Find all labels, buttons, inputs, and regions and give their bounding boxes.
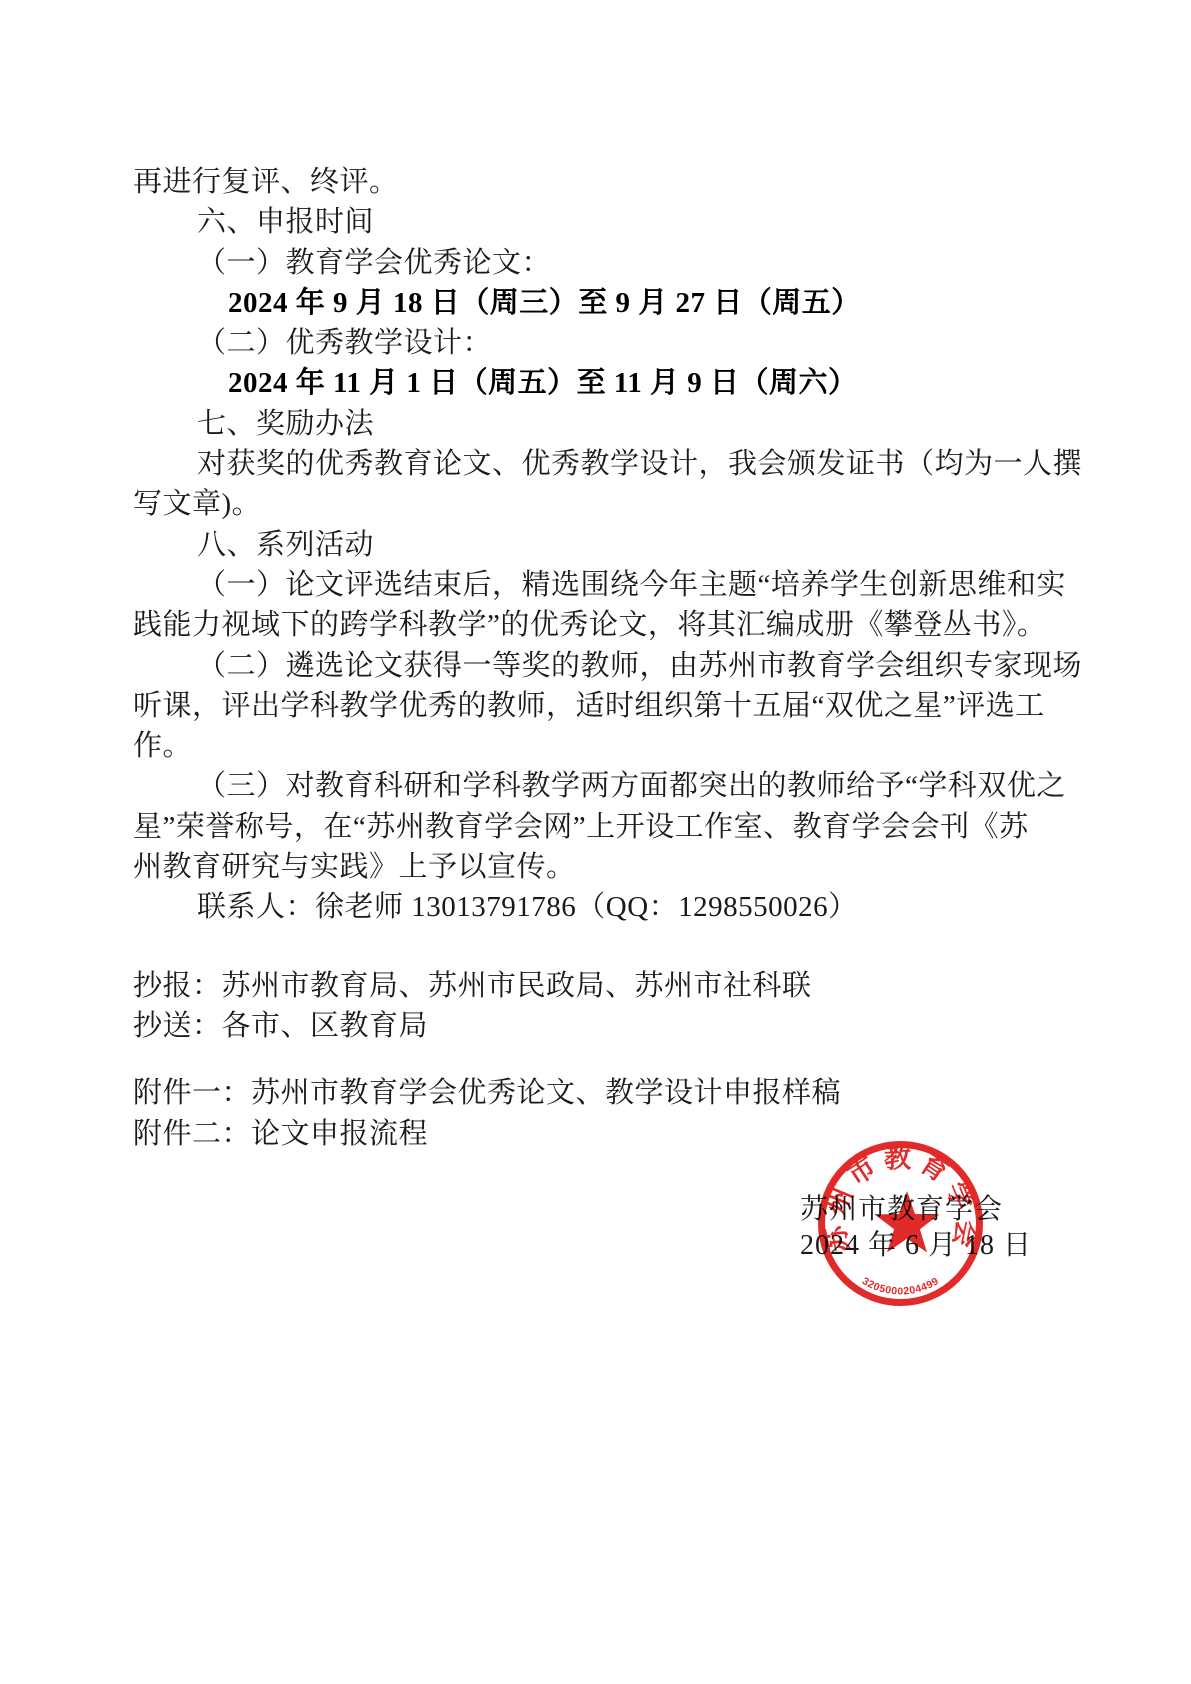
text-line: 作。 (133, 726, 1063, 766)
text-line: （三）对教育科研和学科教学两方面都突出的教师给予“学科双优之 (133, 766, 1063, 806)
text-line: 写文章)。 (133, 484, 1063, 524)
text-line: 七、奖励办法 (133, 404, 1063, 444)
star-icon (875, 1191, 940, 1253)
text-line: （一）教育学会优秀论文： (133, 243, 1063, 283)
text-line: 抄送：各市、区教育局 (133, 1006, 1063, 1046)
text-line: 对获奖的优秀教育论文、优秀教学设计，我会颁发证书（均为一人撰 (133, 444, 1063, 484)
text-line: 星”荣誉称号，在“苏州教育学会网”上开设工作室、教育学会会刊《苏 (133, 807, 1063, 847)
text-line: 联系人：徐老师 13013791786（QQ：1298550026） (133, 887, 1063, 927)
document-page: 再进行复评、终评。六、申报时间（一）教育学会优秀论文：2024 年 9 月 18… (0, 0, 1191, 1684)
text-line: 践能力视域下的跨学科教学”的优秀论文，将其汇编成册《攀登丛书》。 (133, 605, 1063, 645)
blank-line (133, 928, 1063, 966)
text-line: （一）论文评选结束后，精选围绕今年主题“培养学生创新思维和实 (133, 565, 1063, 605)
text-line: 再进行复评、终评。 (133, 162, 1063, 202)
text-line: 六、申报时间 (133, 202, 1063, 242)
official-seal: 苏州市教育学会 3205000204499 (810, 1133, 991, 1314)
text-line: 听课，评出学科教学优秀的教师，适时组织第十五届“双优之星”评选工 (133, 686, 1063, 726)
text-line: 抄报：苏州市教育局、苏州市民政局、苏州市社科联 (133, 966, 1063, 1006)
blank-line (133, 1046, 1063, 1073)
text-line: 八、系列活动 (133, 525, 1063, 565)
document-body: 再进行复评、终评。六、申报时间（一）教育学会优秀论文：2024 年 9 月 18… (133, 162, 1063, 1154)
text-line: （二）优秀教学设计： (133, 323, 1063, 363)
text-line: 州教育研究与实践》上予以宣传。 (133, 847, 1063, 887)
text-line: （二）遴选论文获得一等奖的教师，由苏州市教育学会组织专家现场 (133, 646, 1063, 686)
text-line: 附件一：苏州市教育学会优秀论文、教学设计申报样稿 (133, 1073, 1063, 1113)
text-line: 2024 年 11 月 1 日（周五）至 11 月 9 日（周六） (133, 363, 1063, 403)
text-line: 2024 年 9 月 18 日（周三）至 9 月 27 日（周五） (133, 283, 1063, 323)
